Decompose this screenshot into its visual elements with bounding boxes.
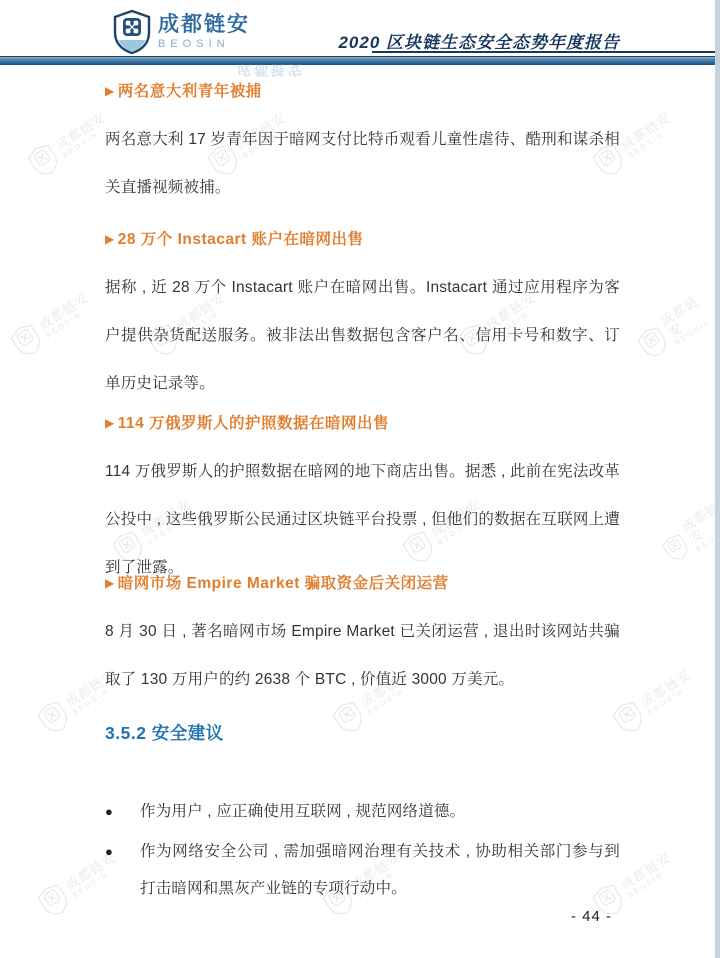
news-title: ▶暗网市场 Empire Market 骗取资金后关闭运营 [105, 574, 620, 594]
recommendation-text: 作为网络安全公司 , 需加强暗网治理有关技术 , 协助相关部门参与到打击暗网和黑… [140, 833, 620, 907]
brand-watermark: 成都链安BEOSIN [608, 663, 700, 738]
news-title: ▶两名意大利青年被捕 [105, 82, 620, 102]
logo-reflection: 成都链安 [237, 64, 305, 77]
report-page: 成都链安BEOSIN成都链安BEOSIN成都链安BEOSIN成都链安BEOSIN… [0, 0, 720, 958]
news-body: 两名意大利 17 岁青年因于暗网支付比特币观看儿童性虐待、酷刑和谋杀相关直播视频… [105, 116, 620, 212]
bullet-dot-icon: ● [105, 833, 140, 907]
news-title-text: 114 万俄罗斯人的护照数据在暗网出售 [118, 415, 389, 432]
brand-watermark: 成都链安BEOSIN [656, 498, 720, 570]
header-divider-bar [0, 56, 720, 65]
brand-name-cn: 成都链安 [158, 13, 250, 37]
bullet-dot-icon: ● [105, 793, 140, 830]
brand-watermark: 成都链安BEOSIN [6, 286, 98, 361]
news-section-russian-passports: ▶114 万俄罗斯人的护照数据在暗网出售 114 万俄罗斯人的护照数据在暗网的地… [105, 414, 620, 592]
news-body: 8 月 30 日 , 著名暗网市场 Empire Market 已关闭运营 , … [105, 608, 620, 704]
news-section-instacart: ▶28 万个 Instacart 账户在暗网出售 据称 , 近 28 万个 In… [105, 230, 620, 408]
news-title: ▶28 万个 Instacart 账户在暗网出售 [105, 230, 620, 250]
news-title-text: 暗网市场 Empire Market 骗取资金后关闭运营 [118, 575, 449, 592]
list-item: ● 作为用户 , 应正确使用互联网 , 规范网络道德。 [105, 793, 620, 830]
news-body: 114 万俄罗斯人的护照数据在暗网的地下商店出售。据悉 , 此前在宪法改革公投中… [105, 448, 620, 592]
beosin-shield-icon [112, 9, 152, 55]
news-section-empire-market: ▶暗网市场 Empire Market 骗取资金后关闭运营 8 月 30 日 ,… [105, 574, 620, 704]
beosin-logo: 成都链安 BEOSIN [112, 9, 250, 55]
subsection-heading: 3.5.2 安全建议 [105, 720, 620, 745]
news-title-text: 两名意大利青年被捕 [118, 83, 262, 100]
list-item: ● 作为网络安全公司 , 需加强暗网治理有关技术 , 协助相关部门参与到打击暗网… [105, 833, 620, 907]
recommendation-list: ● 作为用户 , 应正确使用互联网 , 规范网络道德。 ● 作为网络安全公司 ,… [105, 793, 620, 910]
brand-name-en: BEOSIN [158, 38, 250, 51]
triangle-marker-icon: ▶ [105, 84, 115, 98]
title-underline [372, 51, 720, 53]
triangle-marker-icon: ▶ [105, 232, 115, 246]
brand-watermark: 成都链安BEOSIN [632, 288, 720, 365]
news-title-text: 28 万个 Instacart 账户在暗网出售 [118, 231, 364, 248]
report-title: 2020 区块链生态安全态势年度报告 [338, 28, 620, 53]
page-number: - 44 - [571, 908, 612, 925]
news-body: 据称 , 近 28 万个 Instacart 账户在暗网出售。Instacart… [105, 264, 620, 408]
brand-text: 成都链安 BEOSIN [158, 13, 250, 51]
news-title: ▶114 万俄罗斯人的护照数据在暗网出售 [105, 414, 620, 434]
recommendation-text: 作为用户 , 应正确使用互联网 , 规范网络道德。 [140, 793, 620, 830]
triangle-marker-icon: ▶ [105, 576, 115, 590]
triangle-marker-icon: ▶ [105, 416, 115, 430]
brand-watermark: 成都链安BEOSIN [23, 106, 115, 181]
news-section-italy-arrest: ▶两名意大利青年被捕 两名意大利 17 岁青年因于暗网支付比特币观看儿童性虐待、… [105, 82, 620, 212]
page-edge-strip [715, 0, 720, 958]
